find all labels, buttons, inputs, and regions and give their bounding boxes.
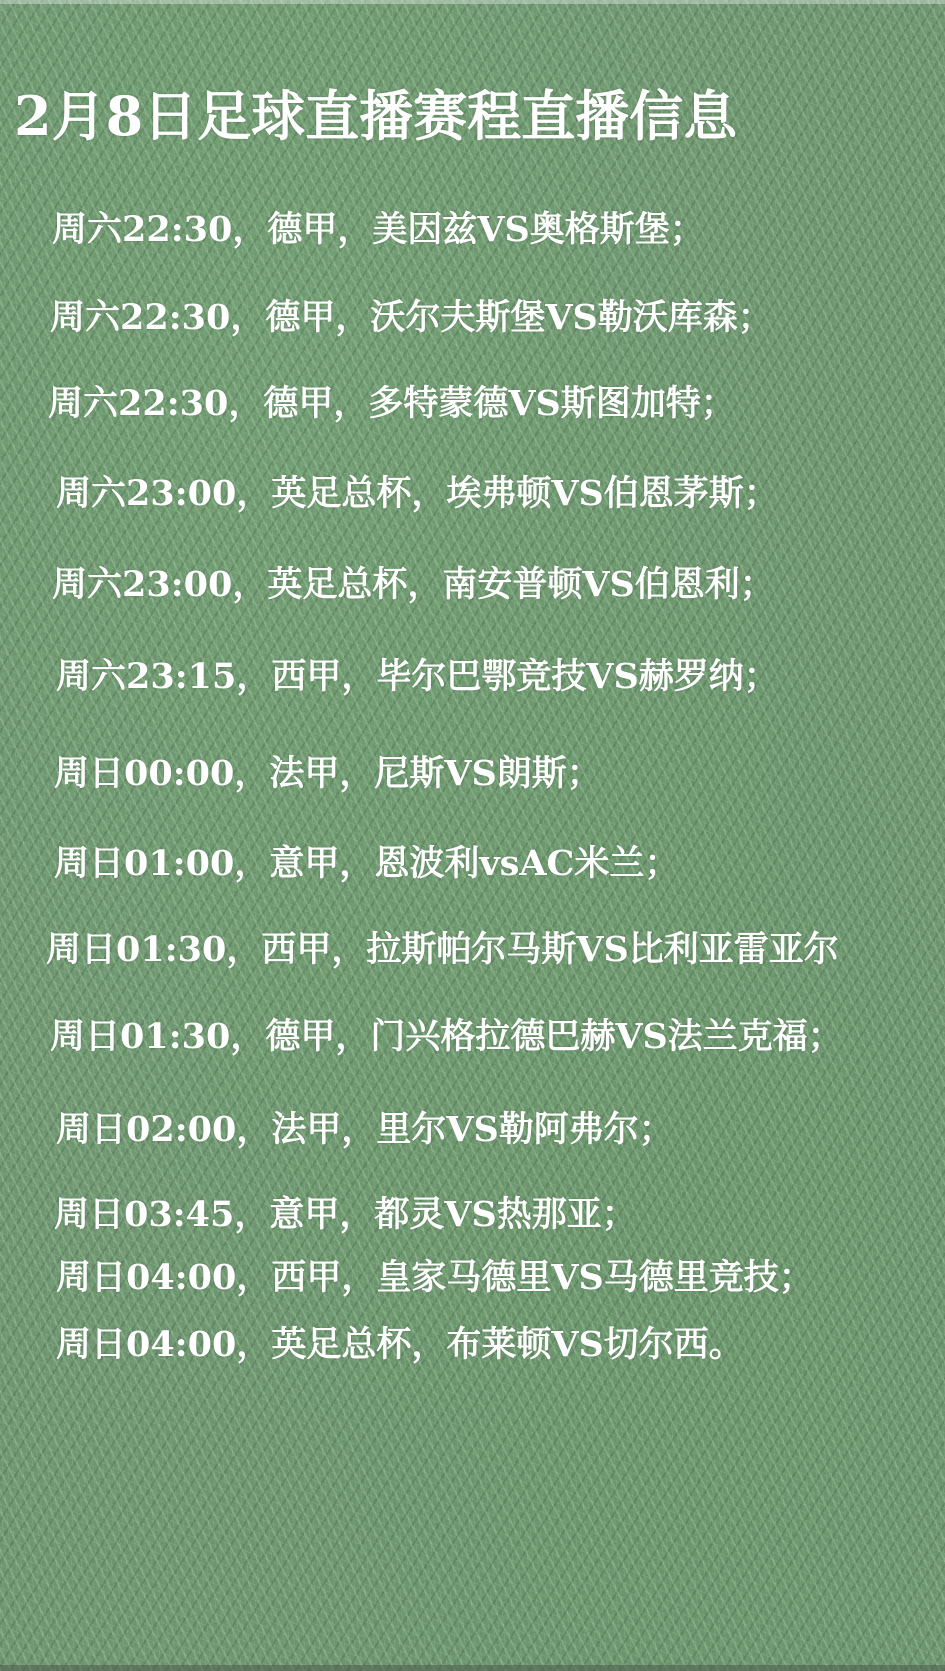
match-item: 周日00:00，法甲，尼斯VS朗斯； — [54, 752, 602, 796]
match-item: 周六23:15，西甲，毕尔巴鄂竞技VS赫罗纳； — [56, 655, 779, 699]
page-title: 2月8日足球直播赛程直播信息 — [14, 84, 737, 148]
match-item: 周六22:30，德甲，多特蒙德VS斯图加特； — [48, 382, 736, 426]
match-item: 周日02:00，法甲，里尔VS勒阿弗尔； — [56, 1108, 674, 1152]
match-item: 周六22:30，德甲，沃尔夫斯堡VS勒沃库森； — [50, 296, 773, 340]
bottom-border — [0, 1665, 945, 1671]
match-item: 周六22:30，德甲，美因兹VS奥格斯堡； — [52, 208, 705, 252]
match-item: 周日04:00，英足总杯，布莱顿VS切尔西。 — [56, 1323, 744, 1367]
match-item: 周六23:00，英足总杯，南安普顿VS伯恩利； — [52, 563, 775, 607]
match-item: 周日03:45，意甲，都灵VS热那亚； — [54, 1193, 637, 1237]
top-border — [0, 0, 945, 4]
match-item: 周日01:30，西甲，拉斯帕尔马斯VS比利亚雷亚尔 — [46, 928, 839, 972]
match-item: 周日04:00，西甲，皇家马德里VS马德里竞技； — [56, 1256, 814, 1300]
match-item: 周日01:30，德甲，门兴格拉德巴赫VS法兰克福； — [50, 1015, 843, 1059]
schedule-poster: 2月8日足球直播赛程直播信息 周六22:30，德甲，美因兹VS奥格斯堡； 周六2… — [0, 0, 945, 1671]
match-item: 周日01:00，意甲，恩波利vsAC米兰； — [54, 842, 679, 886]
match-item: 周六23:00，英足总杯，埃弗顿VS伯恩茅斯； — [56, 472, 779, 516]
